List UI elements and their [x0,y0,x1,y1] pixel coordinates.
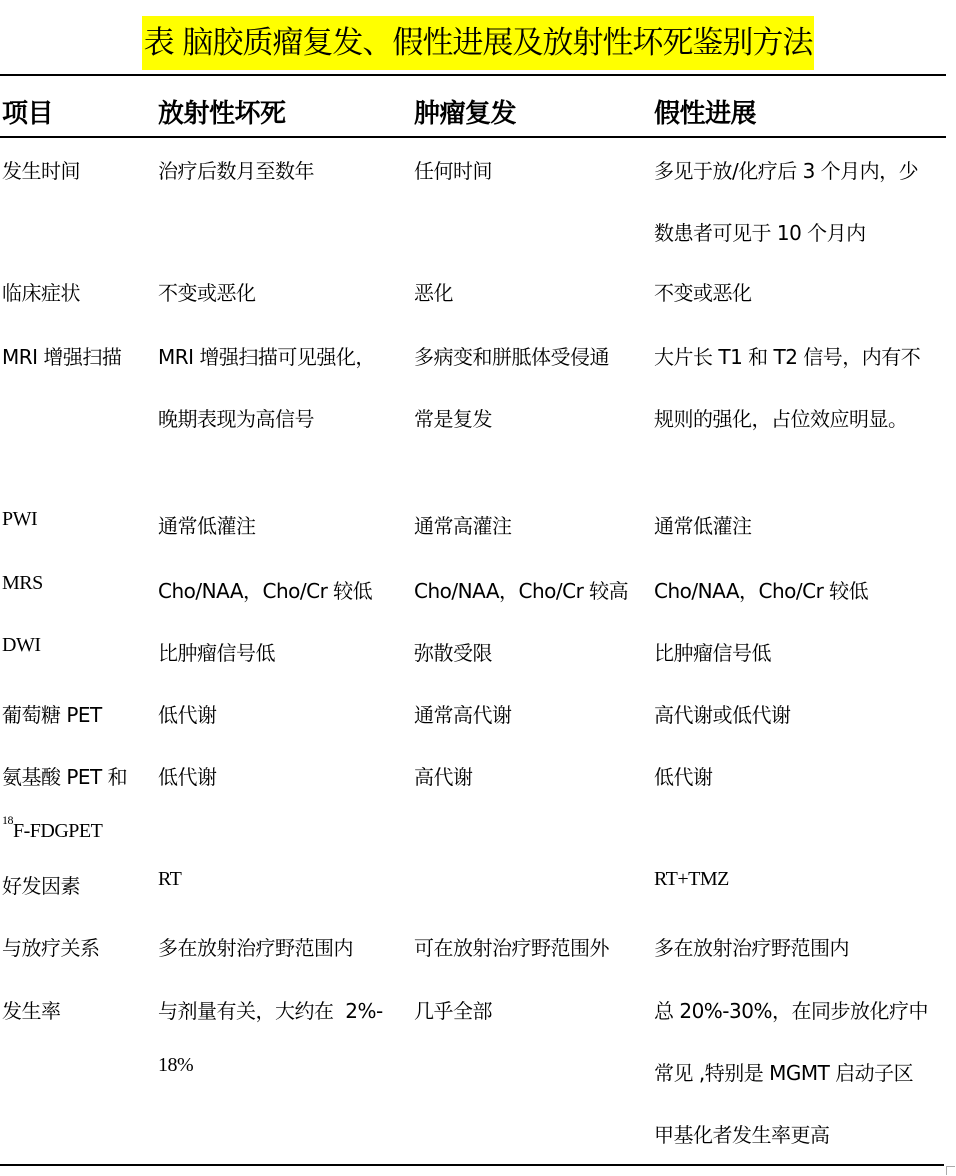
row-label: 发生时间 [2,140,80,202]
necrosis-cell: 多在放射治疗野范围内 [158,917,353,979]
row-label: DWI [2,614,40,676]
row-label: 氨基酸 PET 和 [2,746,127,808]
recurrence-cell: 常是复发 [414,388,492,450]
pseudo-cell: 不变或恶化 [654,262,752,324]
recurrence-cell: Cho/NAA，Cho/Cr 较高 [414,560,628,622]
header-pseudoprogression: 假性进展 [654,96,756,132]
corner-mark [946,1166,955,1175]
pseudo-cell: 高代谢或低代谢 [654,684,791,746]
row-label: 好发因素 [2,855,80,917]
pseudo-cell: 甲基化者发生率更高 [654,1104,830,1166]
recurrence-cell: 任何时间 [414,140,492,202]
necrosis-cell: RT [158,848,181,910]
necrosis-cell: 与剂量有关，大约在 2%- [158,980,383,1042]
row-label: 葡萄糖 PET [2,684,102,746]
row-label: MRS [2,552,43,614]
header-rule [0,136,946,138]
pseudo-cell: 比肿瘤信号低 [654,622,771,684]
recurrence-cell: 多病变和胼胝体受侵通 [414,326,609,388]
necrosis-cell: 通常低灌注 [158,495,256,557]
necrosis-cell: 治疗后数月至数年 [158,140,314,202]
top-rule [0,74,946,76]
recurrence-cell: 可在放射治疗野范围外 [414,917,609,979]
recurrence-cell: 通常高灌注 [414,495,512,557]
pseudo-cell: 多在放射治疗野范围内 [654,917,849,979]
row-label: PWI [2,488,37,550]
necrosis-cell: 低代谢 [158,684,217,746]
pseudo-cell: 通常低灌注 [654,495,752,557]
row-label: 与放疗关系 [2,917,100,979]
bottom-rule [0,1164,944,1166]
necrosis-cell: 不变或恶化 [158,262,256,324]
recurrence-cell: 恶化 [414,262,453,324]
row-label: 临床症状 [2,262,80,324]
pseudo-cell: 多见于放/化疗后 3 个月内，少 [654,140,918,202]
recurrence-cell: 高代谢 [414,746,473,808]
superscript-18: 18 [2,813,13,827]
necrosis-cell: 比肿瘤信号低 [158,622,275,684]
header-tumor-recurrence: 肿瘤复发 [414,96,516,132]
pseudo-cell: 低代谢 [654,746,713,808]
row-label-line2: 18F-FDGPET [2,800,102,862]
recurrence-cell: 通常高代谢 [414,684,512,746]
pseudo-cell: Cho/NAA，Cho/Cr 较低 [654,560,868,622]
necrosis-cell: 18% [158,1034,193,1096]
table-caption: 表 脑胶质瘤复发、假性进展及放射性坏死鉴别方法 [0,16,956,70]
necrosis-cell: Cho/NAA，Cho/Cr 较低 [158,560,372,622]
pseudo-cell: 规则的强化，占位效应明显。 [654,388,908,450]
row-label: 发生率 [2,980,61,1042]
necrosis-cell: 晚期表现为高信号 [158,388,314,450]
pseudo-cell: 大片长 T1 和 T2 信号，内有不 [654,326,920,388]
header-item: 项目 [2,96,53,132]
recurrence-cell: 弥散受限 [414,622,492,684]
pseudo-cell: RT+TMZ [654,848,729,910]
pseudo-cell: 总 20%-30%，在同步放化疗中 [654,980,928,1042]
necrosis-cell: MRI 增强扫描可见强化， [158,326,375,388]
header-radiation-necrosis: 放射性坏死 [158,96,286,132]
pseudo-cell: 数患者可见于 10 个月内 [654,202,866,264]
pseudo-cell: 常见 ,特别是 MGMT 启动子区 [654,1042,913,1104]
recurrence-cell: 几乎全部 [414,980,492,1042]
necrosis-cell: 低代谢 [158,746,217,808]
row-label: MRI 增强扫描 [2,326,121,388]
table-title: 表 脑胶质瘤复发、假性进展及放射性坏死鉴别方法 [142,16,815,70]
